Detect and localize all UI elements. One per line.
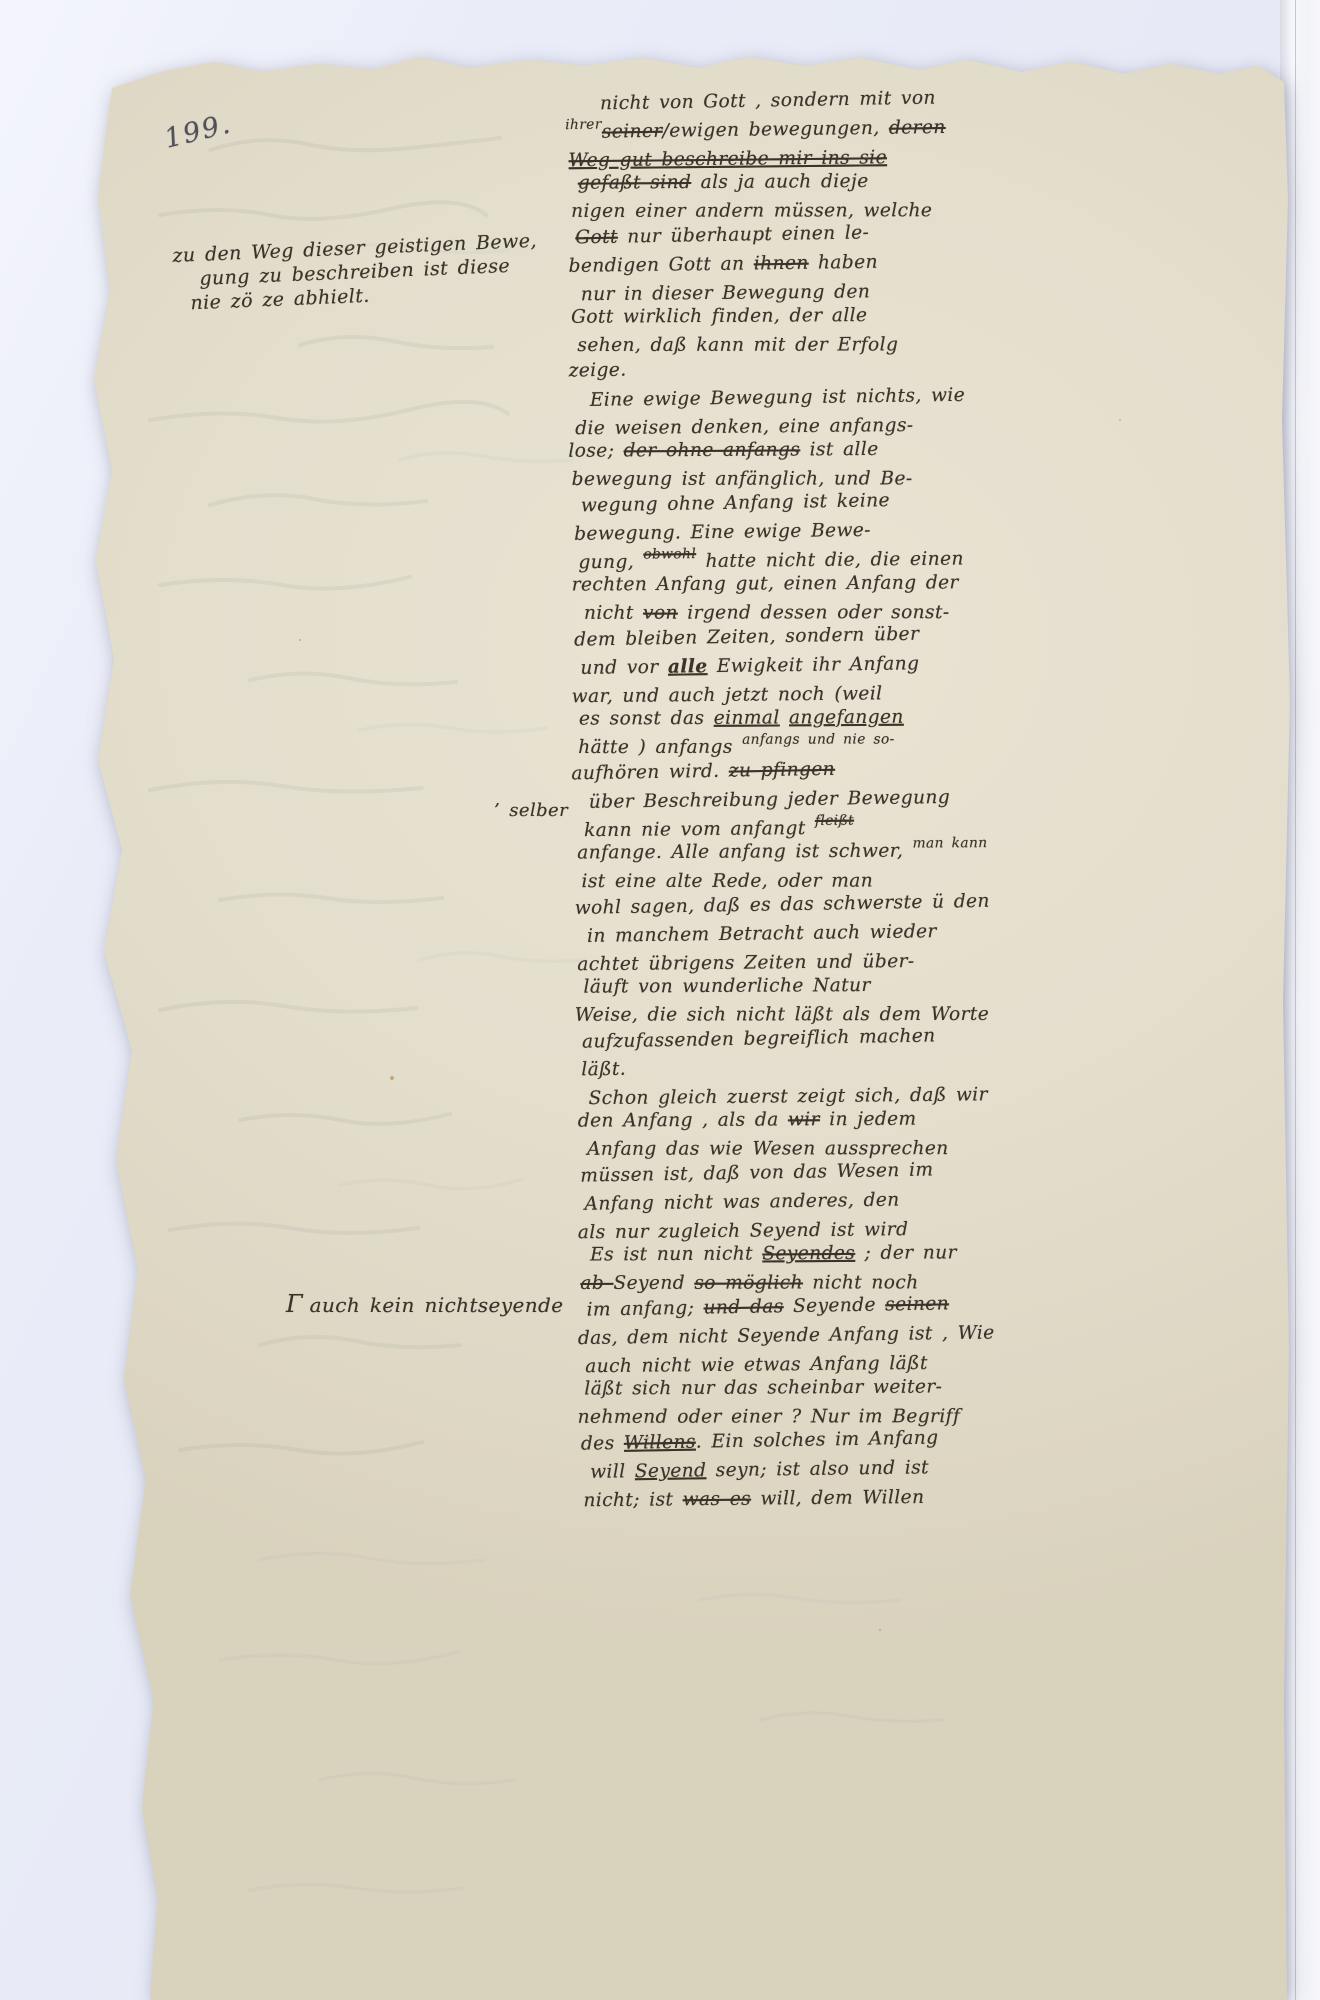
manuscript-segment: gung, (578, 551, 643, 573)
manuscript-segment: angefangen (789, 707, 904, 729)
manuscript-segment: gefaßt sind (578, 172, 692, 194)
manuscript-line: dem bleiben Zeiten, sondern über (574, 625, 919, 651)
manuscript-line: in manchem Betracht auch wieder (587, 922, 937, 947)
manuscript-line: läßt sich nur das scheinbar weiter- (584, 1378, 942, 1400)
manuscript-segment: in jedem (820, 1109, 917, 1131)
margin-note-selber: ’ selber (494, 800, 568, 821)
manuscript-line: die weisen denken, eine anfangs- (575, 416, 914, 439)
manuscript-segment: zu pfingen (729, 759, 836, 782)
manuscript-segment: Schon gleich zuerst zeigt sich, daß wir (588, 1084, 987, 1109)
manuscript-segment: des (581, 1433, 624, 1455)
manuscript-line: anfange. Alle anfang ist schwer, man kan… (577, 841, 987, 864)
manuscript-line: Eine ewige Bewegung ist nichts, wie (590, 386, 965, 411)
manuscript-line: Schon gleich zuerst zeigt sich, daß wir (588, 1085, 987, 1109)
scanned-manuscript-page: 199. zu den Weg dieser geistigen Bewe,gu… (0, 0, 1320, 2000)
manuscript-line: wegung ohne Anfang ist keine (581, 491, 890, 516)
manuscript-segment: Ewigkeit ihr Anfang (707, 653, 919, 677)
manuscript-segment: die weisen denken, eine anfangs- (575, 415, 914, 439)
manuscript-segment: Willens (624, 1432, 696, 1454)
manuscript-line: nicht; ist was es will, dem Willen (583, 1488, 924, 1511)
manuscript-line: als nur zugleich Seyend ist wird (578, 1220, 909, 1243)
manuscript-segment: Weise, die sich nicht läßt als dem Worte (575, 1004, 989, 1026)
manuscript-segment: sehen, daß kann mit der Erfolg (577, 335, 898, 357)
manuscript-segment: von (643, 603, 678, 624)
manuscript-line: ist eine alte Rede, oder man (581, 872, 873, 893)
manuscript-line: bewegung ist anfänglich, und Be- (572, 470, 913, 491)
manuscript-segment: nicht; ist (583, 1489, 682, 1511)
manuscript-segment: will (590, 1461, 635, 1483)
manuscript-line: Gott nur überhaupt einen le- (575, 223, 869, 248)
manuscript-line: nehmend oder einer ? Nur im Begriff (578, 1407, 961, 1428)
manuscript-segment: so möglich (694, 1273, 803, 1294)
margin-note-bottom-text: auch kein nichtseyende (310, 1293, 564, 1317)
manuscript-segment: was es (683, 1488, 752, 1510)
manuscript-segment: müssen ist, daß von das Wesen im (580, 1159, 933, 1186)
manuscript-segment: anfange. Alle anfang ist schwer, (577, 841, 912, 864)
manuscript-line: nur in dieser Bewegung den (581, 282, 871, 305)
manuscript-segment: dem bleiben Zeiten, sondern über (574, 624, 919, 651)
manuscript-segment: nicht noch (803, 1272, 919, 1293)
manuscript-line: auch nicht wie etwas Anfang läßt (585, 1354, 928, 1377)
manuscript-segment: bendigen Gott an (568, 253, 753, 276)
manuscript-segment: ist eine alte Rede, oder man (581, 871, 873, 893)
manuscript-segment: . Ein solches im Anfang (696, 1427, 939, 1452)
manuscript-line: wohl sagen, daß es das schwerste ü den (575, 892, 990, 919)
manuscript-segment: man kann (913, 835, 988, 851)
manuscript-line: Anfang das wie Wesen aussprechen (587, 1139, 949, 1160)
manuscript-segment: wohl sagen, daß es das schwerste ü den (575, 891, 990, 919)
manuscript-line: müssen ist, daß von das Wesen im (580, 1160, 933, 1186)
manuscript-line: über Beschreibung jeder Bewegung (589, 788, 951, 813)
margin-note-mark: ’ (494, 800, 500, 821)
paper-sheet: 199. zu den Weg dieser geistigen Bewe,gu… (0, 0, 1320, 2000)
manuscript-segment: anfangs und nie so- (742, 732, 895, 748)
manuscript-segment: das, dem nicht Seyende Anfang ist , Wie (578, 1322, 995, 1349)
manuscript-line: hätte ) anfangs anfangs und nie so- (578, 738, 895, 760)
manuscript-segment: und das (703, 1296, 783, 1318)
manuscript-line: gefaßt sind als ja auch dieje (578, 172, 869, 194)
manuscript-line: Weise, die sich nicht läßt als dem Worte (575, 1005, 989, 1026)
margin-note-top: zu den Weg dieser geistigen Bewe,gung zu… (172, 226, 595, 316)
manuscript-segment: nur überhaupt einen le- (618, 222, 870, 247)
manuscript-segment: bewegung ist anfänglich, und Be- (572, 469, 913, 491)
manuscript-segment: nigen einer andern müssen, welche (571, 200, 932, 222)
manuscript-line: sehen, daß kann mit der Erfolg (577, 336, 898, 357)
manuscript-line: zeige. (568, 361, 626, 382)
manuscript-segment: läßt sich nur das scheinbar weiter- (584, 1377, 942, 1400)
manuscript-segment: ab (580, 1273, 613, 1294)
manuscript-segment: aufzufassenden begreiflich machen (582, 1025, 936, 1052)
margin-note-selber-text: selber (509, 800, 568, 821)
manuscript-line: achtet übrigens Zeiten und über- (577, 952, 914, 975)
manuscript-line: nigen einer andern müssen, welche (571, 201, 932, 222)
manuscript-segment: alle (668, 656, 708, 678)
manuscript-segment: über Beschreibung jeder Bewegung (589, 787, 951, 813)
manuscript-line: das, dem nicht Seyende Anfang ist , Wie (578, 1323, 995, 1349)
manuscript-line: nicht von irgend dessen oder sonst- (584, 603, 950, 624)
manuscript-line: kann nie vom anfangt fleißt (584, 818, 854, 842)
manuscript-segment: hätte ) anfangs (578, 737, 742, 758)
manuscript-segment: rechten Anfang gut, einen Anfang der (572, 573, 959, 596)
manuscript-segment: im anfang; (586, 1298, 703, 1321)
manuscript-segment: obwohl (643, 546, 696, 563)
manuscript-segment: Anfang nicht was anderes, den (584, 1189, 899, 1214)
manuscript-segment: war, und auch jetzt noch (weil (572, 683, 883, 707)
manuscript-segment: nur in dieser Bewegung den (581, 281, 871, 305)
manuscript-line: aufhören wird. zu pfingen (571, 760, 835, 785)
manuscript-segment: läßt. (581, 1059, 626, 1081)
manuscript-segment: ist alle (800, 439, 878, 460)
manuscript-segment: kann nie vom anfangt (584, 818, 815, 841)
manuscript-line: und vor alle Ewigkeit ihr Anfang (580, 654, 919, 679)
manuscript-segment: Es ist nun nicht (590, 1244, 762, 1266)
manuscript-segment: einmal (714, 708, 780, 729)
manuscript-segment: wir (788, 1110, 820, 1131)
manuscript-segment: deren (889, 117, 946, 139)
manuscript-segment: fleißt (815, 812, 854, 828)
manuscript-line: bendigen Gott an ihnen haben (568, 253, 878, 277)
manuscript-segment: irgend dessen oder sonst- (678, 602, 950, 624)
manuscript-line: des Willens. Ein solches im Anfang (581, 1428, 939, 1454)
manuscript-segment: Seyend (613, 1273, 694, 1294)
manuscript-segment (780, 708, 789, 729)
manuscript-segment: hatte nicht die, die einen (696, 548, 964, 572)
manuscript-segment: Gott (575, 227, 618, 249)
manuscript-segment: Seyendes (762, 1243, 855, 1265)
manuscript-segment: ; der nur (855, 1243, 957, 1265)
manuscript-segment: ihnen (754, 252, 809, 274)
manuscript-segment: ihrer (565, 116, 602, 132)
margin-note-bottom: Γauch kein nichtseyende (286, 1290, 563, 1318)
manuscript-segment: wegung ohne Anfang ist keine (581, 490, 890, 516)
manuscript-segment: Weg gut beschreibe mir ins sie (568, 147, 887, 171)
manuscript-segment: Seyende (783, 1294, 885, 1317)
page-number: 199. (161, 108, 235, 155)
manuscript-line: Weg gut beschreibe mir ins sie (568, 148, 887, 171)
manuscript-segment: Anfang das wie Wesen aussprechen (587, 1138, 949, 1160)
manuscript-segment: in manchem Betracht auch wieder (587, 921, 937, 947)
manuscript-line: den Anfang , als da wir in jedem (578, 1110, 917, 1132)
paper-sheet-wrapper: 199. zu den Weg dieser geistigen Bewe,gu… (0, 0, 1320, 2000)
manuscript-line: ab Seyend so möglich nicht noch (580, 1273, 918, 1294)
manuscript-segment: achtet übrigens Zeiten und über- (577, 951, 914, 975)
manuscript-segment: auch nicht wie etwas Anfang läßt (585, 1353, 928, 1377)
manuscript-segment: als nur zugleich Seyend ist wird (578, 1219, 909, 1243)
manuscript-line: rechten Anfang gut, einen Anfang der (572, 574, 959, 596)
manuscript-segment: läuft von wunderliche Natur (583, 975, 870, 998)
manuscript-line: ihrerseiner/ewigen bewegungen, deren (565, 118, 946, 144)
manuscript-segment: seyn; ist also und ist (706, 1457, 929, 1481)
manuscript-segment: seinen (885, 1293, 949, 1315)
manuscript-segment: aufhören wird. (571, 761, 729, 785)
manuscript-segment: den Anfang , als da (578, 1110, 788, 1132)
manuscript-segment: es sonst das (579, 708, 714, 730)
manuscript-line: läßt. (581, 1060, 626, 1081)
manuscript-line: Gott wirklich finden, der alle (571, 306, 867, 328)
manuscript-segment: Eine ewige Bewegung ist nichts, wie (590, 385, 965, 411)
manuscript-line: läuft von wunderliche Natur (583, 976, 870, 998)
manuscript-segment: und vor (580, 656, 668, 678)
manuscript-line: bewegung. Eine ewige Bewe- (574, 521, 871, 545)
manuscript-line: aufzufassenden begreiflich machen (582, 1026, 936, 1052)
manuscript-line: nicht von Gott , sondern mit von (600, 88, 936, 114)
manuscript-line: Anfang nicht was anderes, den (584, 1190, 899, 1214)
manuscript-line: lose; der ohne anfangs ist alle (568, 440, 878, 462)
manuscript-segment: nicht von Gott , sondern mit von (600, 87, 936, 114)
manuscript-segment: seiner (602, 121, 663, 143)
manuscript-segment: der ohne anfangs (624, 440, 801, 462)
manuscript-segment: /ewigen bewegungen, (662, 118, 889, 142)
margin-note-bottom-mark: Γ (286, 1290, 303, 1318)
manuscript-line: Es ist nun nicht Seyendes ; der nur (590, 1244, 957, 1266)
manuscript-line: es sonst das einmal angefangen (579, 708, 904, 730)
manuscript-line: will Seyend seyn; ist also und ist (590, 1458, 929, 1483)
manuscript-line: gung, obwohl hatte nicht die, die einen (578, 549, 964, 574)
manuscript-segment: nehmend oder einer ? Nur im Begriff (578, 1406, 961, 1428)
manuscript-segment: lose; (568, 441, 623, 462)
manuscript-segment: Seyend (635, 1460, 707, 1482)
manuscript-segment: haben (809, 252, 879, 274)
manuscript-segment: nicht (584, 603, 643, 624)
manuscript-line: im anfang; und das Seyende seinen (586, 1294, 949, 1320)
manuscript-segment: will, dem Willen (751, 1487, 925, 1510)
manuscript-segment: zeige. (568, 360, 626, 382)
manuscript-segment: Gott wirklich finden, der alle (571, 305, 867, 328)
manuscript-line: war, und auch jetzt noch (weil (572, 684, 883, 707)
manuscript-segment: bewegung. Eine ewige Bewe- (574, 520, 871, 545)
manuscript-segment: als ja auch dieje (691, 171, 868, 193)
